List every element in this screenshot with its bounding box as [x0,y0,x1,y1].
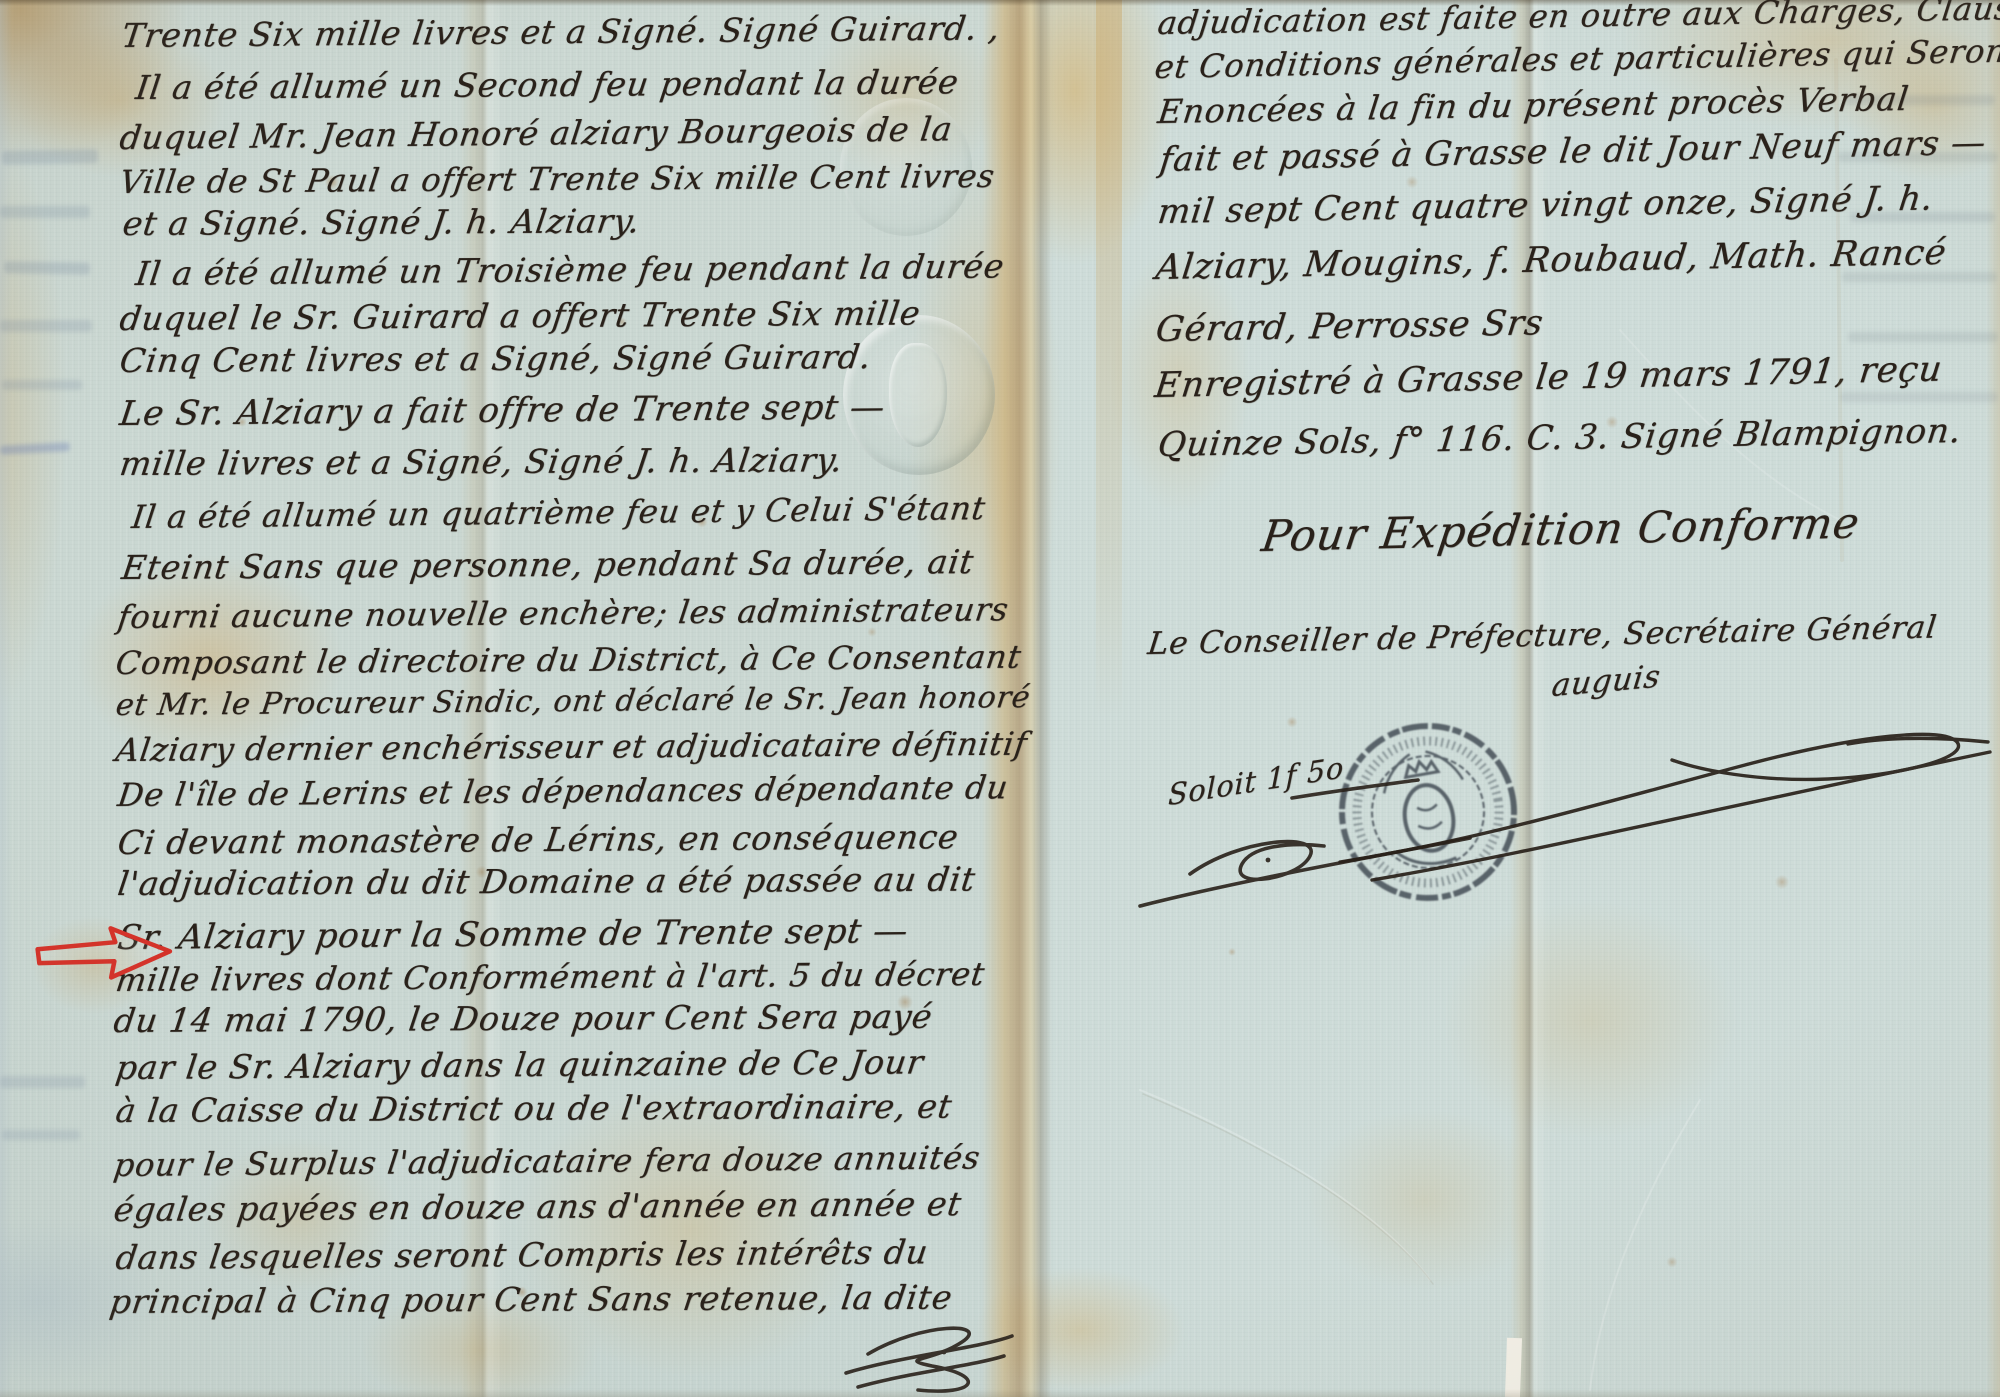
manuscript-line: mille livres et a Signé, Signé J. h. Alz… [117,440,845,483]
manuscript-line: Ville de St Paul a offert Trente Six mil… [117,157,997,201]
manuscript-line: pour le Surplus l'adjudicataire fera dou… [111,1138,982,1184]
showthrough-left-7 [0,1076,85,1088]
manuscript-line: mille livres dont Conformément à l'art. … [113,955,987,999]
manuscript-line: du 14 mai 1790, le Douze pour Cent Sera … [111,997,935,1040]
prefecture-ink-stamp [1328,712,1527,911]
manuscript-line: mil sept Cent quatre vingt onze, Signé J… [1156,178,1936,232]
showthrough-left-2 [0,206,90,218]
left-page-paraph [846,1328,1012,1391]
manuscript-line: et Mr. le Procureur Sindic, ont déclaré … [114,680,1033,723]
showthrough-left-4 [0,320,92,332]
manuscript-line: De l'île de Lerins et les dépendances dé… [115,768,1010,814]
manuscript-line: duquel Mr. Jean Honoré alziary Bourgeois… [117,109,955,157]
secretary-signature: auguis [1550,658,1663,704]
showthrough-left-5 [2,380,82,390]
page-gap-sliver [1505,1338,1522,1397]
manuscript-line: Composant le directoire du District, à C… [113,638,1023,682]
showthrough-left-3 [4,261,90,274]
manuscript-line: fait et passé à Grasse le dit Jour Neuf … [1158,123,1989,180]
manuscript-line: Il a été allumé un Troisième feu pendant… [133,246,1006,293]
manuscript-scan: Trente Six mille livres et a Signé. Sign… [0,0,2000,1397]
manuscript-line: duquel le Sr. Guirard a offert Trente Si… [117,293,923,338]
manuscript-line: Cinq Cent livres et a Signé, Signé Guira… [117,337,874,380]
certification-line: Pour Expédition Conforme [1259,498,1863,562]
manuscript-line: Trente Six mille livres et a Signé. Sign… [119,8,1002,55]
junction-upper-crease [1096,0,1122,720]
manuscript-line: Quinze Sols, f° 116. C. 3. Signé Blampig… [1156,411,1964,465]
signature-flourish [1340,734,1990,880]
manuscript-line: à la Caisse du District ou de l'extraord… [113,1087,954,1130]
showthrough-left-1 [2,149,98,165]
showthrough-left-8 [2,1130,80,1140]
manuscript-line: Eteint Sans que personne, pendant Sa dur… [119,542,976,587]
manuscript-line: Il a été allumé un quatrième feu et y Ce… [130,489,988,536]
manuscript-line: principal à Cinq pour Cent Sans retenue,… [107,1278,955,1321]
officer-title-line: Le Conseiller de Préfecture, Secrétaire … [1146,609,1939,662]
manuscript-line: l'adjudication du dit Domaine a été pass… [115,859,978,903]
manuscript-line: fourni aucune nouvelle enchère; les admi… [115,590,1011,636]
seal-figure-relief [889,343,947,447]
fee-note: Soloit 1f 5o [1168,750,1345,812]
manuscript-line: Alziary, Mougins, f. Roubaud, Math. Ranc… [1154,233,1949,288]
manuscript-line: Alziary dernier enchérisseur et adjudica… [113,725,1029,769]
manuscript-line: Le Sr. Alziary a fait offre de Trente se… [117,387,887,434]
manuscript-line: égales payées en douze ans d'année en an… [111,1184,964,1229]
manuscript-line: Gérard, Perrosse Srs [1154,303,1546,350]
manuscript-line: Enoncées à la fin du présent procès Verb… [1156,79,1912,131]
showthrough-left-6 [0,442,70,455]
showthrough-right-5 [1848,332,1998,342]
showthrough-right-6 [1840,392,1998,402]
manuscript-line: Enregistré à Grasse le 19 mars 1791, reç… [1153,349,1945,406]
manuscript-line: Il a été allumé un Second feu pendant la… [133,62,961,107]
manuscript-line: dans lesquelles seront Compris les intér… [113,1232,930,1277]
manuscript-line: et a Signé. Signé J. h. Alziary. [120,201,642,243]
manuscript-line: Ci devant monastère de Lérins, en conséq… [115,817,961,862]
manuscript-line: par le Sr. Alziary dans la quinzaine de … [113,1042,926,1087]
manuscript-line: Sr. Alziary pour la Somme de Trente sept… [115,911,910,958]
